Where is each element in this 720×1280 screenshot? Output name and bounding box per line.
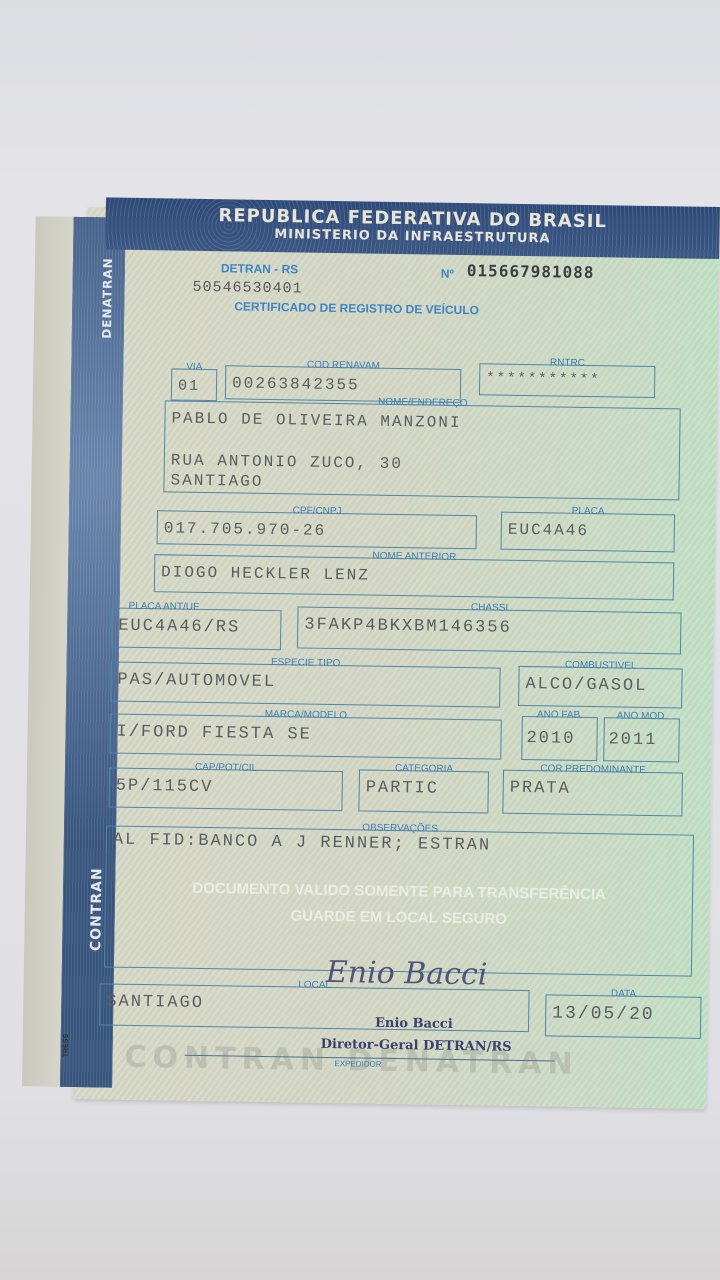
field-chassi: CHASSI 3FAKP4BKXBM146356 [297,606,682,654]
watermark-valid-transfer: DOCUMENTO VALIDO SOMENTE PARA TRANSFERÊN… [106,878,692,904]
rntrc-label: RNTRC [548,357,587,369]
combustivel-value: ALCO/GASOL [525,675,647,696]
field-cpf-cnpj: CPF/CNPJ 017.705.970-26 [157,510,477,549]
signature-scribble: Enio Bacci [326,955,488,993]
owner-city: SANTIAGO [170,471,263,490]
local-value: SANTIAGO [106,992,204,1013]
watermark-keep-safe: GUARDE EM LOCAL SEGURO [106,904,692,930]
nome-anterior-label: NOME ANTERIOR [370,551,458,563]
field-especie-tipo: ESPECIE TIPO PAS/AUTOMOVEL [110,662,501,708]
field-nome-anterior: NOME ANTERIOR DIOGO HECKLER LENZ [154,554,675,600]
ano-fab-label: ANO FAB. [535,709,585,721]
owner-address: RUA ANTONIO ZUCO, 30 [171,451,403,473]
placa-value: EUC4A46 [508,521,589,540]
renavam-label: COD RENAVAM [305,360,382,372]
document-number: 015667981088 [467,261,595,282]
via-label: VIA [184,362,204,373]
cor-value: PRATA [510,779,571,799]
printer-mark: TRESS [62,1033,69,1056]
cap-pot-cil-label: CAP/POT/CIL [193,762,259,774]
data-value: 13/05/20 [552,1003,655,1025]
field-placa-anterior: PLACA ANT/UF EUC4A46/RS [111,608,282,651]
field-marca-modelo: MARCA/MODELO I/FORD FIESTA SE [109,714,502,760]
cpf-cnpj-label: CPF/CNPJ [291,505,344,517]
field-cap-pot-cil: CAP/POT/CIL 5P/115CV [108,768,343,812]
contran-label: CONTRAN [88,867,105,951]
ano-fab-value: 2010 [526,729,575,749]
marca-modelo-value: I/FORD FIESTA SE [116,723,312,745]
agency-code: 50546530401 [192,279,302,298]
rntrc-value: *********** [486,370,601,388]
field-cor-predominante: COR PREDOMINANTE PRATA [502,770,683,817]
field-ano-fab: ANO FAB. 2010 [521,716,598,761]
field-placa: PLACA EUC4A46 [501,512,676,553]
renavam-value: 00263842355 [232,374,360,394]
signatory-name: Enio Bacci [375,1016,453,1032]
placa-label: PLACA [570,506,607,518]
field-data: DATA 13/05/20 [545,994,702,1038]
denatran-label: DENATRAN [100,257,115,339]
observacoes-label: OBSERVAÇÕES [360,822,440,834]
owner-name: PABLO DE OLIVEIRA MANZONI [171,409,461,432]
nome-endereco-label: NOME/ENDEREÇO [376,397,470,409]
signatory-title: Diretor-Geral DETRAN/RS [321,1037,512,1055]
field-nome-endereco: NOME/ENDEREÇO PABLO DE OLIVEIRA MANZONI … [163,400,680,500]
field-ano-mod: ANO MOD. 2011 [603,717,680,762]
especie-tipo-value: PAS/AUTOMOVEL [117,671,276,692]
placa-anterior-label: PLACA ANT/UF [126,601,201,613]
agency-label: DETRAN - RS [221,261,299,276]
cpf-cnpj-value: 017.705.970-26 [164,519,327,540]
nome-anterior-value: DIOGO HECKLER LENZ [161,563,370,584]
chassi-value: 3FAKP4BKXBM146356 [304,616,512,638]
field-combustivel: COMBUSTIVEL ALCO/GASOL [518,666,683,709]
field-categoria: CATEGORIA PARTIC [358,769,489,813]
ano-mod-label: ANO MOD. [615,710,670,722]
placa-anterior-value: EUC4A46/RS [118,617,240,638]
categoria-label: CATEGORIA [393,763,455,775]
vehicle-registration-certificate: DENATRAN CONTRAN TRESS REPUBLICA FEDERAT… [4,196,720,1109]
especie-tipo-label: ESPECIE TIPO [269,657,342,669]
document-header: REPUBLICA FEDERATIVA DO BRASIL MINISTERI… [105,197,720,259]
cor-label: COR PREDOMINANTE [538,763,648,776]
field-rntrc: RNTRC *********** [479,363,655,398]
field-observacoes: OBSERVAÇÕES AL FID:BANCO A J RENNER; EST… [104,825,694,976]
expedidor-label: EXPEDIDOR [334,1059,381,1069]
number-label: Nº [441,267,454,281]
via-value: 01 [178,378,200,395]
data-label: DATA [609,988,638,999]
chassi-label: CHASSI [469,602,510,614]
cap-pot-cil-value: 5P/115CV [116,777,214,798]
combustivel-label: COMBUSTIVEL [563,660,639,672]
marca-modelo-label: MARCA/MODELO [263,709,349,721]
ano-mod-value: 2011 [608,730,657,750]
categoria-value: PARTIC [366,779,440,799]
